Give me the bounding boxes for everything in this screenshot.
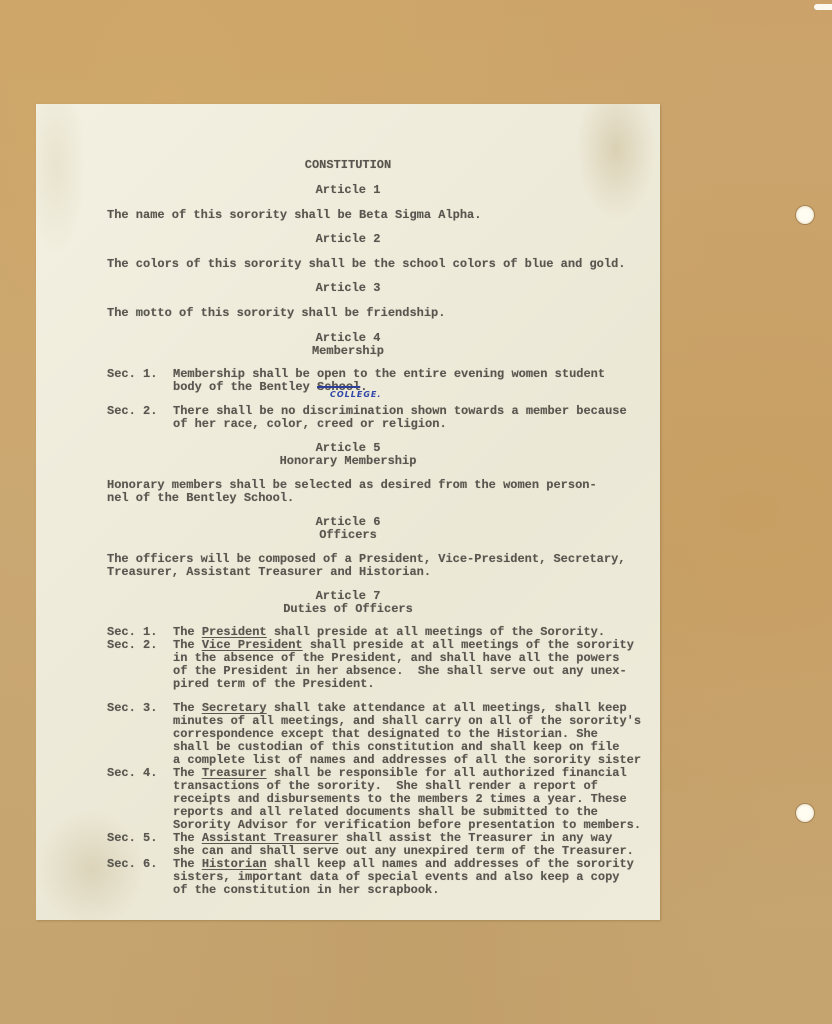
article-6-line-1: The officers will be composed of a Presi… — [107, 553, 625, 566]
document-title: CONSTITUTION — [36, 159, 660, 172]
article-7-sec-4-label: Sec. 4. — [107, 767, 157, 780]
article-7-heading: Article 7 — [36, 590, 660, 603]
article-7-sec-4-line-3: receipts and disbursements to the member… — [173, 793, 627, 806]
article-7-sec-6-line-1: The Historian shall keep all names and a… — [173, 858, 634, 871]
article-7-subheading: Duties of Officers — [36, 603, 660, 616]
sec-1-text: shall preside at all meetings of the Sor… — [267, 625, 605, 639]
article-4-sec-1-line-1: Membership shall be open to the entire e… — [173, 368, 605, 381]
sec-2-text: shall preside at all meetings of the sor… — [303, 638, 634, 652]
article-7-sec-4-line-5: Sorority Advisor for verification before… — [173, 819, 641, 832]
article-7-sec-2-line-2: in the absence of the President, and sha… — [173, 652, 619, 665]
scrapbook-page: CONSTITUTION Article 1 The name of this … — [0, 0, 832, 1024]
officer-secretary: Secretary — [202, 701, 267, 715]
officer-assistant-treasurer: Assistant Treasurer — [202, 831, 339, 845]
article-4-sec-2-label: Sec. 2. — [107, 405, 157, 418]
article-7-sec-6-line-3: of the constitution in her scrapbook. — [173, 884, 439, 897]
article-7-sec-4-line-4: reports and all related documents shall … — [173, 806, 598, 819]
article-3-heading: Article 3 — [36, 282, 660, 295]
article-7-sec-2-line-3: of the President in her absence. She sha… — [173, 665, 627, 678]
article-7-sec-3-line-4: shall be custodian of this constitution … — [173, 741, 619, 754]
prefix-the: The — [173, 831, 202, 845]
prefix-the: The — [173, 638, 202, 652]
article-6-line-2: Treasurer, Assistant Treasurer and Histo… — [107, 566, 431, 579]
article-4-subheading: Membership — [36, 345, 660, 358]
article-5-line-2: nel of the Bentley School. — [107, 492, 294, 505]
officer-president: President — [202, 625, 267, 639]
officer-historian: Historian — [202, 857, 267, 871]
page-corner-tear — [814, 4, 832, 10]
punch-hole-bottom — [796, 804, 814, 822]
article-7-sec-5-line-1: The Assistant Treasurer shall assist the… — [173, 832, 612, 845]
article-2-heading: Article 2 — [36, 233, 660, 246]
article-4-sec-1-line-2-text: body of the Bentley — [173, 380, 317, 394]
article-1-text: The name of this sorority shall be Beta … — [107, 209, 481, 222]
prefix-the: The — [173, 766, 202, 780]
article-7-sec-3-line-2: minutes of all meetings, and shall carry… — [173, 715, 641, 728]
typed-sheet: CONSTITUTION Article 1 The name of this … — [36, 104, 660, 920]
article-2-text: The colors of this sorority shall be the… — [107, 258, 625, 271]
article-7-sec-3-line-3: correspondence except that designated to… — [173, 728, 598, 741]
article-7-sec-2-label: Sec. 2. — [107, 639, 157, 652]
article-7-sec-4-line-1: The Treasurer shall be responsible for a… — [173, 767, 627, 780]
article-4-sec-1-label: Sec. 1. — [107, 368, 157, 381]
article-7-sec-5-label: Sec. 5. — [107, 832, 157, 845]
article-7-sec-2-line-4: pired term of the President. — [173, 678, 375, 691]
punch-hole-top — [796, 206, 814, 224]
article-5-subheading: Honorary Membership — [36, 455, 660, 468]
article-7-sec-3-label: Sec. 3. — [107, 702, 157, 715]
article-3-text: The motto of this sorority shall be frie… — [107, 307, 445, 320]
article-7-sec-6-label: Sec. 6. — [107, 858, 157, 871]
article-1-heading: Article 1 — [36, 184, 660, 197]
officer-treasurer: Treasurer — [202, 766, 267, 780]
officer-vice-president: Vice President — [202, 638, 303, 652]
prefix-the: The — [173, 701, 202, 715]
article-7-sec-4-line-2: transactions of the sorority. She shall … — [173, 780, 598, 793]
article-5-line-1: Honorary members shall be selected as de… — [107, 479, 597, 492]
article-6-heading: Article 6 — [36, 516, 660, 529]
article-7-sec-5-line-2: she can and shall serve out any unexpire… — [173, 845, 634, 858]
article-7-sec-3-line-1: The Secretary shall take attendance at a… — [173, 702, 627, 715]
prefix-the: The — [173, 857, 202, 871]
article-5-heading: Article 5 — [36, 442, 660, 455]
article-4-heading: Article 4 — [36, 332, 660, 345]
article-7-sec-1-label: Sec. 1. — [107, 626, 157, 639]
article-4-sec-2-line-2: of her race, color, creed or religion. — [173, 418, 447, 431]
handwritten-correction-college: COLLEGE. — [330, 390, 381, 399]
article-7-sec-1-line-1: The President shall preside at all meeti… — [173, 626, 605, 639]
article-4-sec-2-line-1: There shall be no discrimination shown t… — [173, 405, 627, 418]
article-6-subheading: Officers — [36, 529, 660, 542]
article-7-sec-3-line-5: a complete list of names and addresses o… — [173, 754, 641, 767]
sec-3-text: shall take attendance at all meetings, s… — [267, 701, 627, 715]
sec-4-text: shall be responsible for all authorized … — [267, 766, 627, 780]
prefix-the: The — [173, 625, 202, 639]
article-7-sec-2-line-1: The Vice President shall preside at all … — [173, 639, 634, 652]
sec-6-text: shall keep all names and addresses of th… — [267, 857, 634, 871]
sec-5-text: shall assist the Treasurer in any way — [339, 831, 613, 845]
article-7-sec-6-line-2: sisters, important data of special event… — [173, 871, 619, 884]
